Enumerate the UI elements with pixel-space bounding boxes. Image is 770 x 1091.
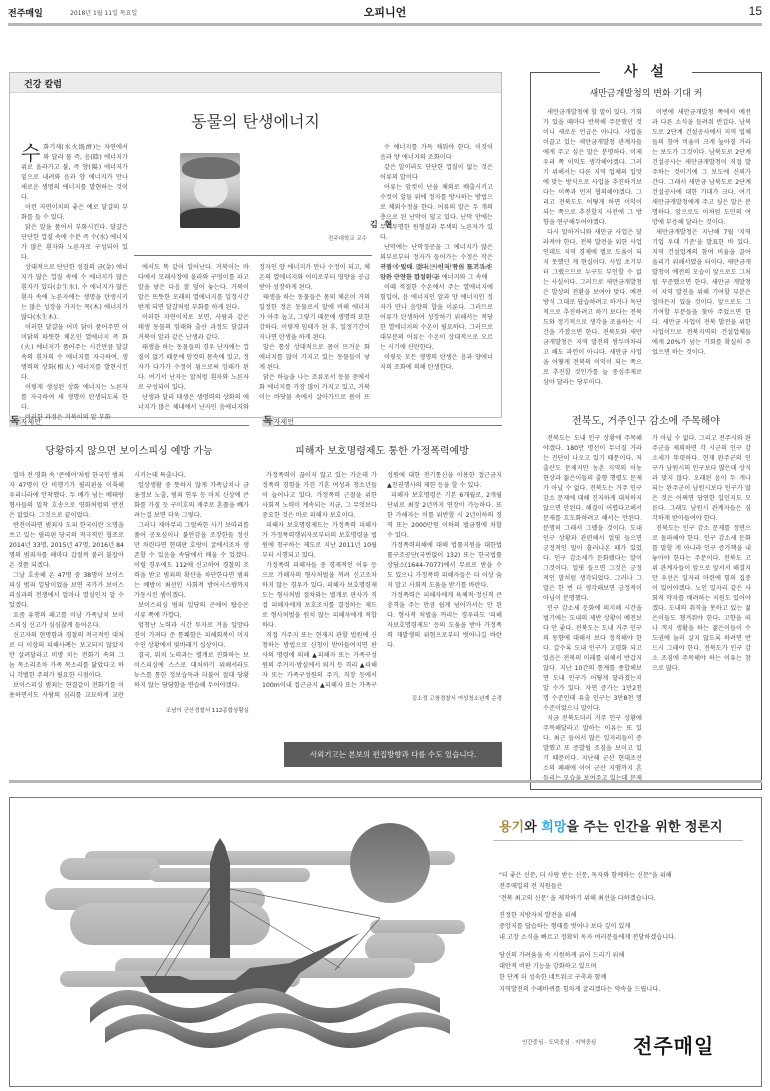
masthead: 오피니언 전주매일 2018년 1월 11일 목요일 15	[8, 4, 762, 24]
article-column-1: 수화기제(水火既濟)는 자연에서와 달리 물 즉, 음(陰) 에너지가 위로 올…	[21, 143, 128, 418]
editorial-box: 사 설 새만금개발청의 변화 기대 커 새만금개발청에 할 말이 있다. 기회가…	[530, 72, 762, 790]
article-title: 동물의 탄생에너지	[10, 109, 501, 132]
reader-section-label: 독자제언	[262, 408, 502, 426]
article-column-4: 수 에너지를 가득 채워야 한다. 이것이 음과 양 에너지의 조화이다 같은 …	[380, 143, 493, 418]
author-signature: 조남이 군산경찰서 112종합상황실	[9, 706, 249, 714]
disclaimer-banner: 사외기고는 본보의 편집방향과 다를 수도 있습니다.	[284, 742, 502, 767]
dropcap: 수	[21, 143, 40, 163]
ad-divider	[493, 840, 743, 841]
masthead-rule	[8, 23, 762, 26]
reader-article-title: 피해자 보호명령제도 통한 가정폭력예방	[262, 442, 502, 457]
author-photo	[180, 153, 240, 228]
reader-section-label: 독자제언	[9, 408, 249, 426]
editorial-title-2: 전북도, 거주인구 감소에 주목해야	[531, 412, 761, 427]
column-label: 건강 칼럼	[10, 73, 501, 93]
article-columns-2-3: 에서도 똑 같이 일어난다. 거북이는 바다에서 모래사장에 올라와 구멍이를 …	[138, 263, 370, 418]
reader-article-body: 가정폭력이 끊이지 않고 있는 가운데 가정폭력 경험을 가진 기혼 여성과 청…	[262, 471, 502, 691]
editorial-body-1: 새만금개발청에 할 말이 있다. 기회가 있을 때마다 반복해 주문했던 것이니…	[543, 108, 751, 398]
health-column: 건강 칼럼 동물의 탄생에너지 수화기제(水火既濟)는 자연에서와 달리 물 즉…	[9, 72, 502, 418]
pen-ship-illustration-icon	[30, 808, 480, 1078]
reader-column-left: 독자제언 당황하지 않으면 보이스피싱 예방 가능 얼마 전 영화 속 '콘에어…	[9, 408, 249, 714]
ad-copy: "더 좋은 신문, 더 사랑 받는 신문, 독자와 함께하는 신문"을 위해 전…	[499, 870, 749, 1001]
byline-divider	[134, 255, 372, 256]
editorial-title-1: 새만금개발청의 변화 기대 커	[531, 86, 761, 99]
ad-tagline: 인간중심 · 도덕중심 · 지역중심	[522, 1038, 596, 1046]
editorial-body-2: 전북도는 도내 인구 상황에 주목해야겠다. 180만 명선이 무너질 거라는 …	[543, 434, 751, 784]
reader-article-title: 당황하지 않으면 보이스피싱 예방 가능	[9, 442, 249, 457]
reader-article-body: 얼마 전 영화 속 '콘에어'처럼 한국인 범죄자 47명이 탄 비행기가 필리…	[9, 471, 249, 703]
ad-headline: 용기와 희망을 주는 인간을 위한 정론지	[499, 816, 723, 835]
editorial-label: 사 설	[531, 61, 761, 81]
newspaper-logo: 전주매일	[633, 1030, 714, 1059]
author-signature: 김소정 고창경찰서 여성청소년계 순경	[262, 694, 502, 702]
reader-column-right: 독자제언 피해자 보호명령제도 통한 가정폭력예방 가정폭력이 끊이지 않고 있…	[262, 408, 502, 702]
author-affiliation: 전주대학교 교수	[328, 234, 367, 242]
section-divider	[9, 780, 762, 783]
issue-date: 2018년 1월 11일 목요일	[70, 8, 137, 17]
page-number: 15	[749, 4, 762, 18]
newspaper-brand: 전주매일	[8, 6, 43, 19]
